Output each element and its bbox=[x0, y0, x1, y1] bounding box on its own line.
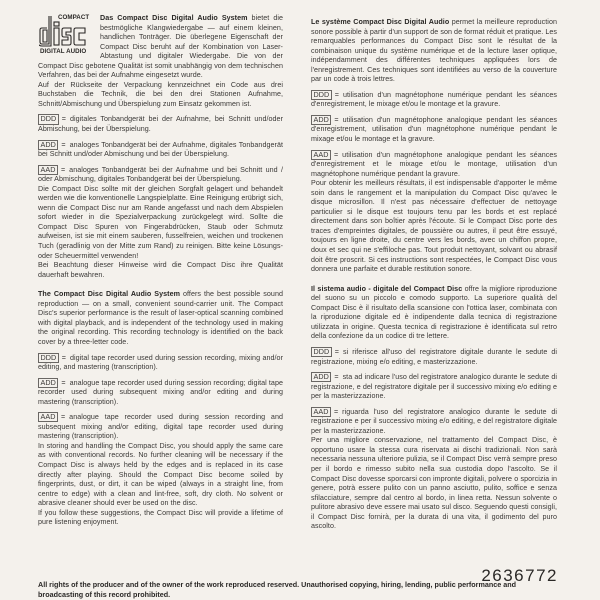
italian-code-aad: AAD=riguarda l'uso del registratore anal… bbox=[311, 407, 557, 437]
equals-sign: = bbox=[62, 354, 66, 362]
german-code-ddd: DDD=digitales Tonbandgerät bei der Aufna… bbox=[38, 114, 283, 134]
french-code-ddd: DDD=utilisation d'un magnétophone numéri… bbox=[311, 90, 557, 110]
french-intro-heading: Le système Compact Disc Digital Audio bbox=[311, 18, 449, 26]
code-description: digital tape recorder used during sessio… bbox=[38, 354, 283, 372]
logo-digital-audio-text: DIGITAL AUDIO bbox=[40, 47, 86, 57]
english-intro: The Compact Disc Digital Audio System of… bbox=[38, 290, 283, 347]
disc-wordmark-icon bbox=[39, 15, 91, 47]
english-closing: If you follow these suggestions, the Com… bbox=[38, 509, 283, 528]
code-badge-ddd: DDD bbox=[38, 114, 59, 124]
german-code-add: ADD=analoges Tonbandgerät bei der Aufnah… bbox=[38, 140, 283, 160]
rights-notice-line2: broadcasting of this record prohibited. bbox=[38, 590, 170, 600]
code-badge-aad: AAD bbox=[38, 412, 58, 422]
french-care: Pour obtenir les meilleurs résultats, il… bbox=[311, 179, 557, 274]
equals-sign: = bbox=[334, 116, 338, 124]
code-description: analoges Tonbandgerät bei der Aufnahme u… bbox=[38, 166, 283, 184]
code-badge-add: ADD bbox=[311, 372, 331, 382]
equals-sign: = bbox=[335, 91, 339, 99]
code-description: utilisation d'un magnétophone analogique… bbox=[311, 151, 557, 178]
code-badge-aad: AAD bbox=[311, 407, 331, 417]
english-code-add: ADD=analogue tape recorder used during s… bbox=[38, 378, 283, 408]
italian-intro-heading: Il sistema audio - digitale del Compact … bbox=[311, 285, 462, 293]
italian-intro: Il sistema audio - digitale del Compact … bbox=[311, 285, 557, 342]
equals-sign: = bbox=[61, 166, 65, 174]
english-code-aad: AAD=analogue tape recorder used during s… bbox=[38, 412, 283, 442]
italian-care: Per una migliore conservazione, nel trat… bbox=[311, 436, 557, 531]
equals-sign: = bbox=[61, 379, 65, 387]
equals-sign: = bbox=[334, 408, 338, 416]
german-code-aad: AAD=analoges Tonbandgerät bei der Aufnah… bbox=[38, 165, 283, 185]
code-badge-ddd: DDD bbox=[38, 353, 59, 363]
french-code-aad: AAD=utilisation d'un magnétophone analog… bbox=[311, 150, 557, 180]
right-column: Le système Compact Disc Digital Audio pe… bbox=[311, 14, 557, 532]
english-intro-heading: The Compact Disc Digital Audio System bbox=[38, 290, 180, 298]
left-column: COMPACT DIGITAL AUDIO Das Compact Disc D… bbox=[38, 14, 283, 528]
english-care: In storing and handling the Compact Disc… bbox=[38, 442, 283, 509]
code-description: riguarda l'uso del registratore analogic… bbox=[311, 408, 557, 435]
code-badge-ddd: DDD bbox=[311, 347, 332, 357]
code-badge-aad: AAD bbox=[311, 150, 331, 160]
code-badge-add: ADD bbox=[38, 140, 58, 150]
german-intro-heading: Das Compact Disc Digital Audio System bbox=[100, 14, 248, 22]
code-description: digitales Tonbandgerät bei der Aufnahme,… bbox=[38, 115, 283, 133]
german-closing: Bei Beachtung dieser Hinweise wird die C… bbox=[38, 261, 283, 280]
italian-code-ddd: DDD=si riferisce all'uso del registrator… bbox=[311, 347, 557, 367]
english-intro-text: offers the best possible sound reproduct… bbox=[38, 290, 283, 346]
code-badge-ddd: DDD bbox=[311, 90, 332, 100]
code-description: analoges Tonbandgerät bei der Aufnahme, … bbox=[38, 141, 283, 159]
code-badge-add: ADD bbox=[38, 378, 58, 388]
french-intro-text: permet la meilleure reproduction sonore … bbox=[311, 18, 557, 83]
equals-sign: = bbox=[335, 348, 339, 356]
equals-sign: = bbox=[334, 373, 338, 381]
code-description: utilisation d'un magnétophone numérique … bbox=[311, 91, 557, 109]
equals-sign: = bbox=[334, 151, 338, 159]
equals-sign: = bbox=[61, 141, 65, 149]
code-description: analogue tape recorder used during sessi… bbox=[38, 413, 283, 440]
english-code-ddd: DDD=digital tape recorder used during se… bbox=[38, 353, 283, 373]
french-code-add: ADD=utilisation d'un magnétophone analog… bbox=[311, 115, 557, 145]
equals-sign: = bbox=[61, 413, 65, 421]
compact-disc-logo: COMPACT DIGITAL AUDIO bbox=[38, 13, 94, 57]
italian-intro-text: offre la migliore riproduzione del suono… bbox=[311, 285, 557, 341]
equals-sign: = bbox=[62, 115, 66, 123]
french-intro: Le système Compact Disc Digital Audio pe… bbox=[311, 18, 557, 85]
code-badge-add: ADD bbox=[311, 115, 331, 125]
code-description: sta ad indicare l'uso del registratore a… bbox=[311, 373, 557, 400]
italian-code-add: ADD=sta ad indicare l'uso del registrato… bbox=[311, 372, 557, 402]
code-description: analogue tape recorder used during sessi… bbox=[38, 379, 283, 406]
code-badge-aad: AAD bbox=[38, 165, 58, 175]
rights-notice-line1: All rights of the producer and of the ow… bbox=[38, 580, 516, 590]
catalog-number: 2636772 bbox=[481, 566, 558, 586]
code-description: utilisation d'un magnétophone analogique… bbox=[311, 116, 557, 143]
code-description: si riferisce all'uso del registratore di… bbox=[311, 348, 557, 366]
german-code-intro: Auf der Rückseite der Verpackung kennzei… bbox=[38, 81, 283, 110]
german-care: Die Compact Disc sollte mit der gleichen… bbox=[38, 185, 283, 261]
